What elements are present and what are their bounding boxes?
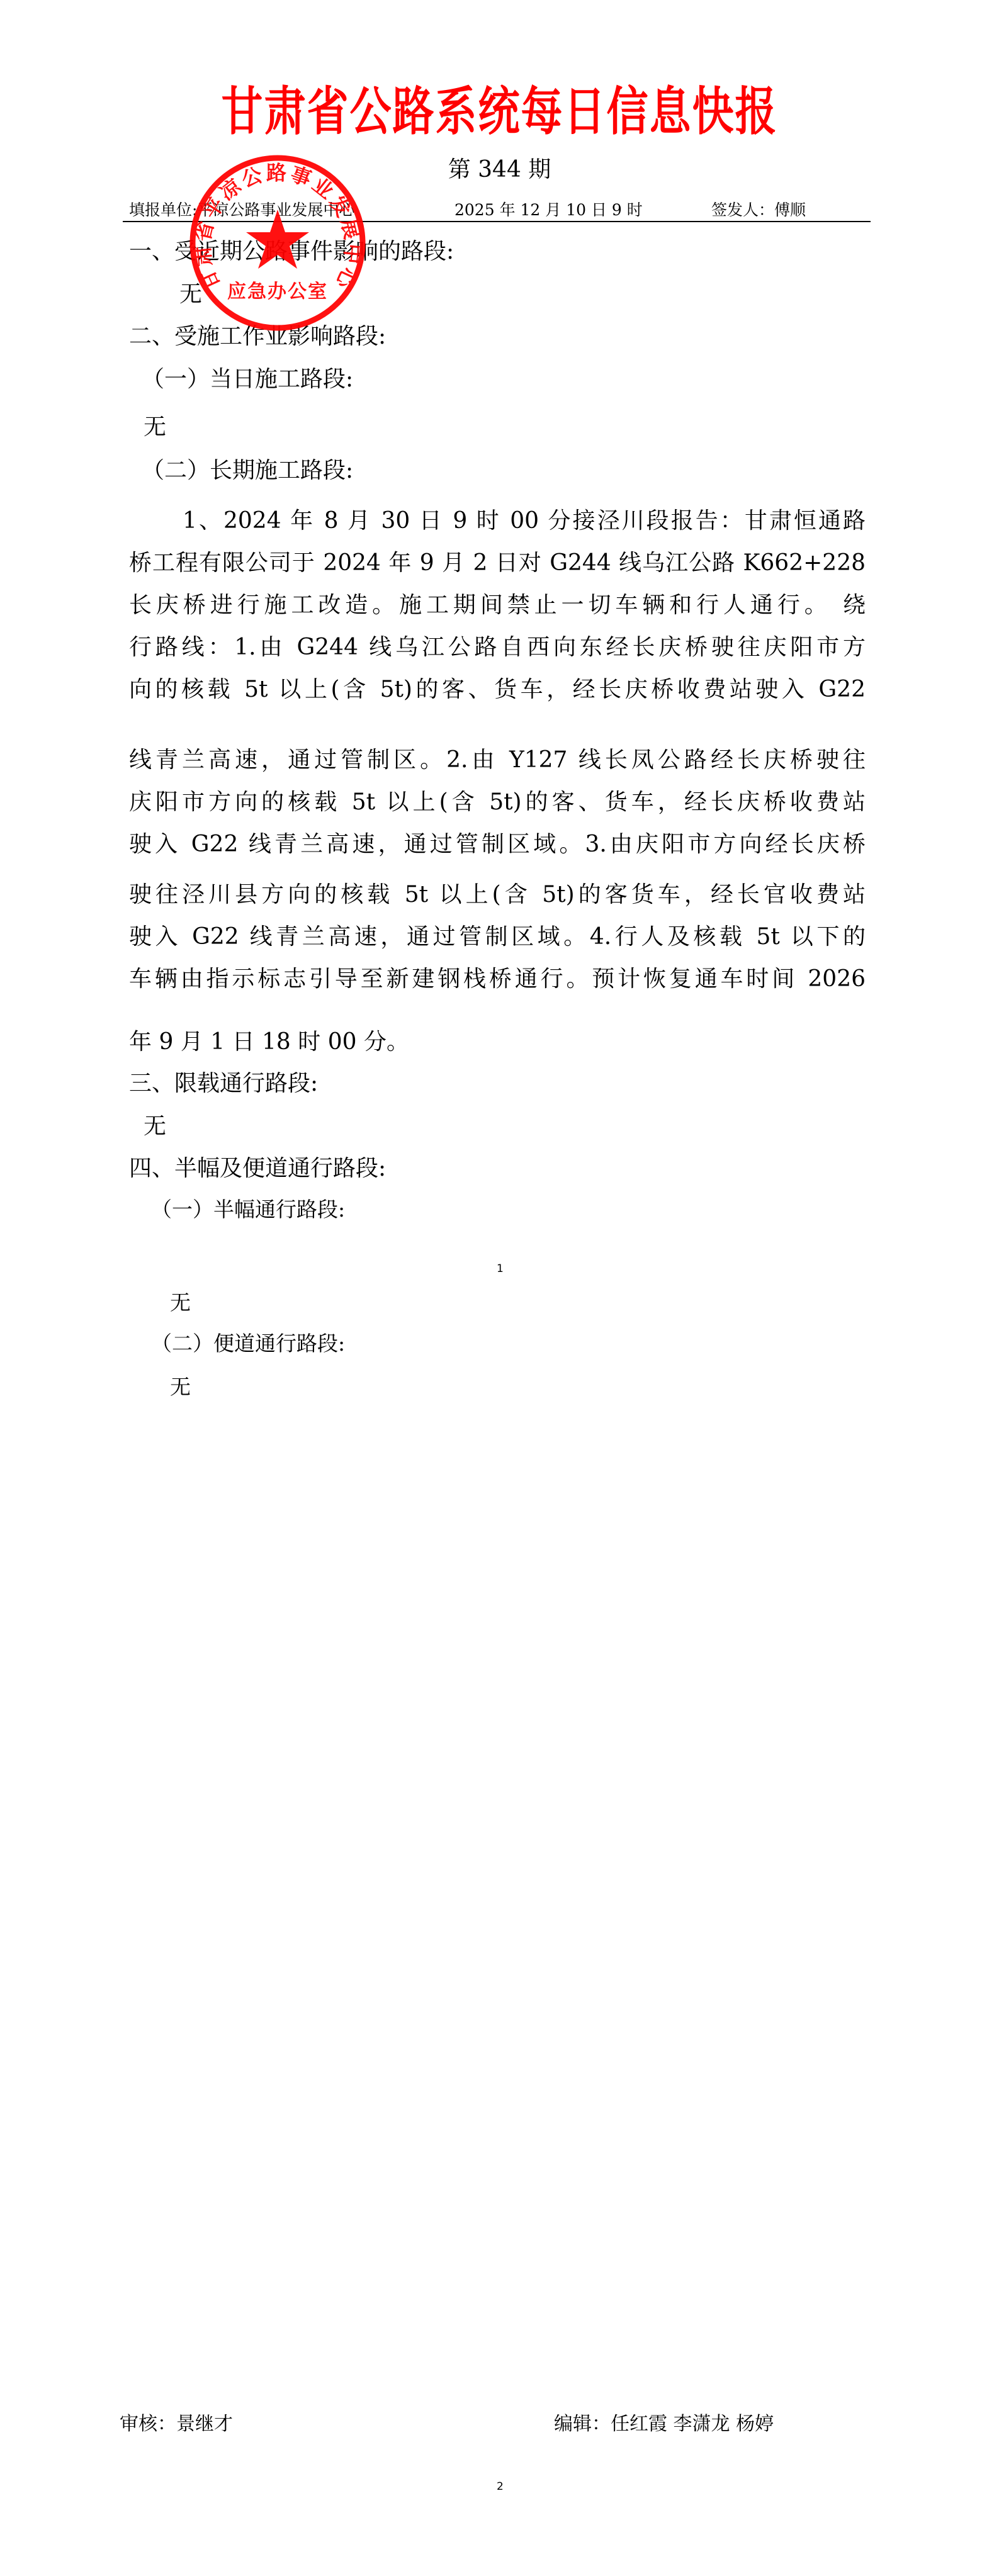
reporting-unit: 填报单位:平凉公路事业发展中心 xyxy=(129,200,354,220)
section-2-sub2-heading: （二）长期施工路段: xyxy=(142,457,353,485)
paragraph-line: 1、2024 年 8 月 30 日 9 时 00 分接泾川段报告：甘肃恒通路 xyxy=(183,507,866,535)
page-number-1: 1 xyxy=(497,1263,504,1275)
section-2-sub1-content: 无 xyxy=(144,413,166,441)
report-datetime: 2025 年 12 月 10 日 9 时 xyxy=(454,200,643,220)
paragraph-line: 车辆由指示标志引导至新建钢栈桥通行。预计恢复通车时间 2026 xyxy=(129,965,866,993)
section-1-heading: 一、受近期公路事件影响的路段: xyxy=(129,238,454,266)
bulletin-title: 甘肃省公路系统每日信息快报 xyxy=(0,81,999,143)
section-2-sub1-heading: （一）当日施工路段: xyxy=(142,366,353,393)
paragraph-line: 向的核载 5t 以上(含 5t)的客、货车，经长庆桥收费站驶入 G22 xyxy=(129,676,866,704)
paragraph-line: 桥工程有限公司于 2024 年 9 月 2 日对 G244 线乌江公路 K662… xyxy=(129,549,866,577)
signer: 签发人：傅顺 xyxy=(711,200,806,220)
paragraph-line: 驶入 G22 线青兰高速，通过管制区域。3.由庆阳市方向经长庆桥 xyxy=(129,831,866,858)
paragraph-line: 驶入 G22 线青兰高速，通过管制区域。4.行人及核载 5t 以下的 xyxy=(129,923,866,951)
seal-center-text: 应急办公室 xyxy=(227,281,328,303)
section-1-content: 无 xyxy=(179,281,202,308)
section-2-heading: 二、受施工作业影响路段: xyxy=(129,323,386,351)
paragraph-line: 年 9 月 1 日 18 时 00 分。 xyxy=(129,1028,866,1056)
paragraph-line: 行路线：1.由 G244 线乌江公路自西向东经长庆桥驶往庆阳市方 xyxy=(129,634,866,661)
paragraph-line: 线青兰高速，通过管制区。2.由 Y127 线长凤公路经长庆桥驶往 xyxy=(129,746,866,774)
section-3-heading: 三、限载通行路段: xyxy=(129,1070,318,1098)
section-3-content: 无 xyxy=(144,1113,166,1140)
paragraph-line: 庆阳市方向的核载 5t 以上(含 5t)的客、货车，经长庆桥收费站 xyxy=(129,789,866,816)
section-4-sub2-content: 无 xyxy=(170,1373,191,1401)
paragraph-line: 驶往泾川县方向的核载 5t 以上(含 5t)的客货车，经长官收费站 xyxy=(129,881,866,909)
section-4-sub1-heading: （一）半幅通行路段: xyxy=(151,1196,345,1223)
section-4-heading: 四、半幅及便道通行路段: xyxy=(129,1155,386,1183)
meta-row: 填报单位:平凉公路事业发展中心 2025 年 12 月 10 日 9 时 签发人… xyxy=(129,200,871,220)
page-number-2: 2 xyxy=(497,2480,504,2493)
section-4-sub1-content: 无 xyxy=(170,1289,191,1317)
header-divider xyxy=(123,221,871,222)
issue-number: 第 344 期 xyxy=(0,156,999,184)
editors: 编辑：任红霞 李潇龙 杨婷 xyxy=(554,2412,774,2437)
reviewer: 审核：景继才 xyxy=(120,2412,233,2437)
section-4-sub2-heading: （二）便道通行路段: xyxy=(151,1330,345,1358)
paragraph-line: 长庆桥进行施工改造。施工期间禁止一切车辆和行人通行。 绕 xyxy=(129,592,866,619)
